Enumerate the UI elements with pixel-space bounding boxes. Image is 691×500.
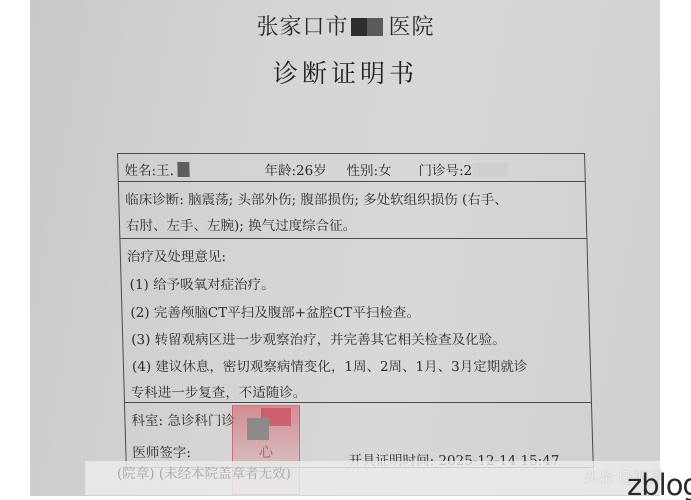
treatment-label: 治疗及处理意见: <box>127 245 227 265</box>
site-watermark: zblog <box>627 470 691 500</box>
stamp-text: 心 <box>259 442 273 462</box>
certificate-table: 姓名:王. 年龄:26岁 性别:女 门诊号:2 临床诊断: 脑震荡; 头部外伤;… <box>117 153 594 468</box>
patient-gender: 性别:女 <box>346 159 392 179</box>
redacted-block <box>351 18 383 36</box>
hospital-name: 张家口市医院 <box>0 10 691 41</box>
diagnosis-line-2: 右肘、左手、左腕); 换气过度综合征。 <box>126 214 357 234</box>
patient-info-row: 姓名:王. 年龄:26岁 性别:女 门诊号:2 <box>118 154 585 182</box>
treatment-item-4-cont: 专科进一步复查，不适随诊。 <box>130 381 306 401</box>
patient-name: 姓名:王. <box>124 159 190 179</box>
redacted-block <box>247 418 269 440</box>
treatment-item-1: (1) 给予吸氧对症治疗。 <box>129 273 274 293</box>
seal-note: (院章) (未经本院盖章者无效) <box>117 462 291 482</box>
department: 科室: 急诊科门诊 <box>131 409 235 429</box>
diagnosis-line-1: 临床诊断: 脑震荡; 头部外伤; 腹部损伤; 多处软组织损伤 (右手、 <box>125 188 508 208</box>
redacted-block <box>178 162 190 177</box>
treatment-row: 治疗及处理意见: (1) 给予吸氧对症治疗。 (2) 完善颅脑CT平扫及腹部+盆… <box>120 239 591 403</box>
treatment-item-3: (3) 转留观病区进一步观察治疗，并完善其它相关检查及化验。 <box>131 328 506 348</box>
diagnosis-row: 临床诊断: 脑震荡; 头部外伤; 腹部损伤; 多处软组织损伤 (右手、 右肘、左… <box>119 182 587 239</box>
treatment-item-2: (2) 完善颅脑CT平扫及腹部+盆腔CT平扫检查。 <box>130 301 420 321</box>
treatment-item-4: (4) 建议休息，密切观察病情变化，1周、2周、1月、3月定期就诊 <box>132 355 528 375</box>
hospital-prefix: 张家口市 <box>256 15 348 40</box>
clinic-number: 门诊号:2 <box>418 159 508 179</box>
redacted-block <box>472 163 508 177</box>
footer-row: 科室: 急诊科门诊 医师签字: 开具证明时间: 2025-12-14 15:47 <box>125 403 593 467</box>
doctor-signature-label: 医师签字: <box>132 441 191 461</box>
hospital-suffix: 医院 <box>389 15 435 40</box>
patient-age: 年龄:26岁 <box>264 159 327 179</box>
document-title: 诊断证明书 <box>0 54 691 90</box>
